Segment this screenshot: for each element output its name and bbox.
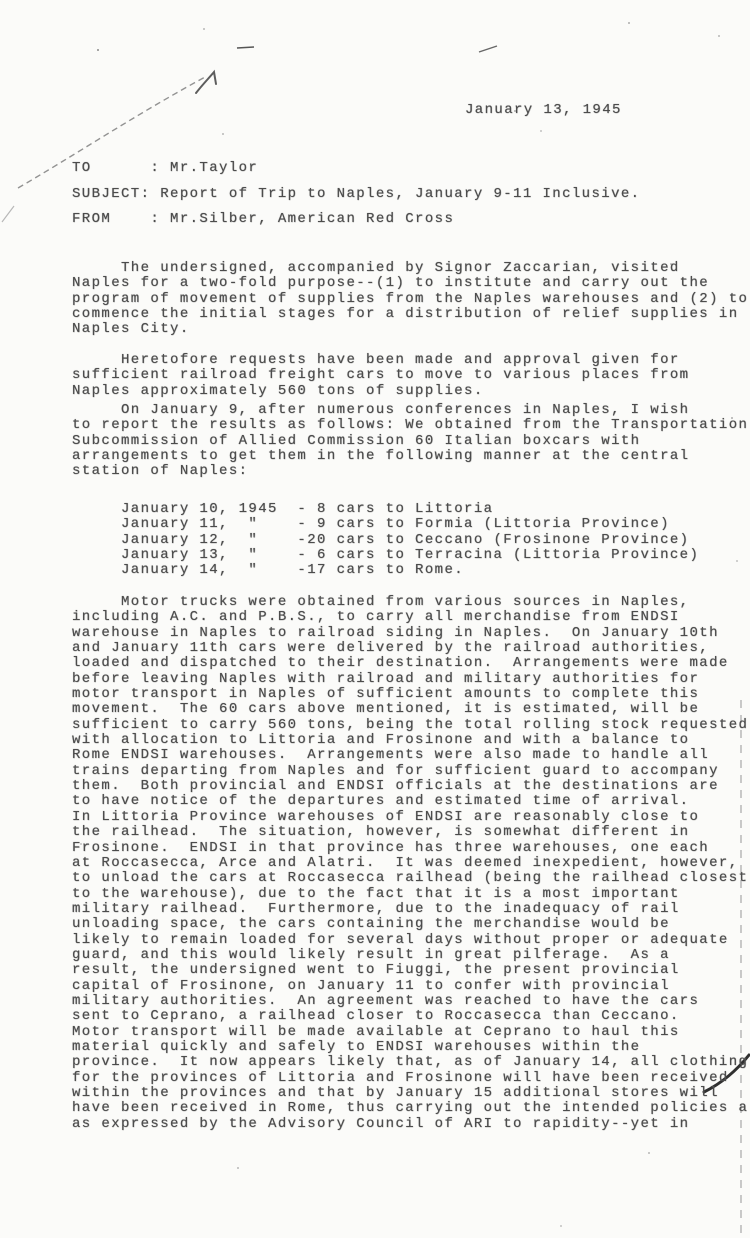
pencil-hook-mark <box>196 72 216 93</box>
text-line: January 14, " -17 cars to Rome. <box>72 563 699 578</box>
paragraph-conferences: On January 9, after numerous conferences… <box>72 403 748 480</box>
scan-speck <box>560 1225 562 1227</box>
text-line: including A.C. and P.B.S., to carry all … <box>72 610 748 625</box>
text-line: Rome ENDSI warehouses. Arrangements were… <box>72 748 748 763</box>
text-line: loaded and dispatched to their destinati… <box>72 656 748 671</box>
scan-speck <box>540 130 542 132</box>
text-line: station of Naples: <box>72 464 748 479</box>
memo-subject-line: SUBJECT: Report of Trip to Naples, Janua… <box>72 182 640 208</box>
text-line: warehouse in Naples to railroad siding i… <box>72 626 748 641</box>
text-line: program of movement of supplies from the… <box>72 292 748 307</box>
paragraph-requests: Heretofore requests have been made and a… <box>72 353 690 399</box>
car-allocation-schedule: January 10, 1945 - 8 cars to Littoria Ja… <box>72 502 699 579</box>
text-line: Naples approximately 560 tons of supplie… <box>72 384 690 399</box>
text-line: capital of Frosinone, on January 11 to c… <box>72 979 748 994</box>
scan-speck <box>97 49 99 51</box>
text-line: Naples for a two-fold purpose--(1) to in… <box>72 276 748 291</box>
memo-header-block: TO : Mr.Taylor SUBJECT: Report of Trip t… <box>72 156 640 233</box>
text-line: have been received in Rome, thus carryin… <box>72 1101 748 1116</box>
text-line: sent to Ceprano, a railhead closer to Ro… <box>72 1009 748 1024</box>
text-line: to the warehouse), due to the fact that … <box>72 887 748 902</box>
text-line: In Littoria Province warehouses of ENDSI… <box>72 810 748 825</box>
text-line: movement. The 60 cars above mentioned, i… <box>72 702 748 717</box>
text-line: military railhead. Furthermore, due to t… <box>72 902 748 917</box>
text-line: Naples City. <box>72 322 748 337</box>
scanned-memo-page: { "document": { "date": "January 13, 194… <box>0 0 750 1238</box>
scan-speck <box>203 28 205 30</box>
text-line: at Roccasecca, Arce and Alatri. It was d… <box>72 856 748 871</box>
text-line: January 12, " -20 cars to Ceccano (Frosi… <box>72 533 699 548</box>
pencil-tick-left-edge <box>2 206 14 222</box>
text-line: likely to remain loaded for several days… <box>72 933 748 948</box>
text-line: Frosinone. ENDSI in that province has th… <box>72 841 748 856</box>
dash-mark-top-right <box>479 46 497 52</box>
text-line: for the provinces of Littoria and Frosin… <box>72 1071 748 1086</box>
text-line: guard, and this would likely result in g… <box>72 948 748 963</box>
text-line: military authorities. An agreement was r… <box>72 994 748 1009</box>
text-line: sufficient railroad freight cars to move… <box>72 368 690 383</box>
text-line: unloading space, the cars containing the… <box>72 917 748 932</box>
scan-speck <box>648 1152 650 1154</box>
text-line: January 11, " - 9 cars to Formia (Littor… <box>72 517 699 532</box>
text-line: to report the results as follows: We obt… <box>72 418 748 433</box>
scan-speck <box>736 560 738 562</box>
text-line: Subcommission of Allied Commission 60 It… <box>72 434 748 449</box>
text-line: material quickly and safely to ENDSI war… <box>72 1040 748 1055</box>
scan-speck <box>237 1167 239 1169</box>
memo-from-line: FROM : Mr.Silber, American Red Cross <box>72 207 640 233</box>
text-line: the railhead. The situation, however, is… <box>72 825 748 840</box>
dash-mark-top-center <box>237 47 254 48</box>
text-line: trains departing from Naples and for suf… <box>72 764 748 779</box>
scan-speck <box>718 35 720 37</box>
text-line: province. It now appears likely that, as… <box>72 1055 748 1070</box>
text-line: as expressed by the Advisory Council of … <box>72 1117 748 1132</box>
text-line: result, the undersigned went to Fiuggi, … <box>72 963 748 978</box>
memo-to-line: TO : Mr.Taylor <box>72 156 640 182</box>
text-line: to unload the cars at Roccasecca railhea… <box>72 871 748 886</box>
scan-speck <box>222 133 224 135</box>
memo-date: January 13, 1945 <box>465 102 622 118</box>
paragraph-opening: The undersigned, accompanied by Signor Z… <box>72 261 748 338</box>
text-line: Motor transport will be made available a… <box>72 1025 748 1040</box>
text-line: sufficient to carry 560 tons, being the … <box>72 718 748 733</box>
paragraph-movement-report: Motor trucks were obtained from various … <box>72 595 748 1132</box>
text-line: before leaving Naples with railroad and … <box>72 672 748 687</box>
scan-speck <box>628 22 630 24</box>
text-line: to have notice of the departures and est… <box>72 794 748 809</box>
